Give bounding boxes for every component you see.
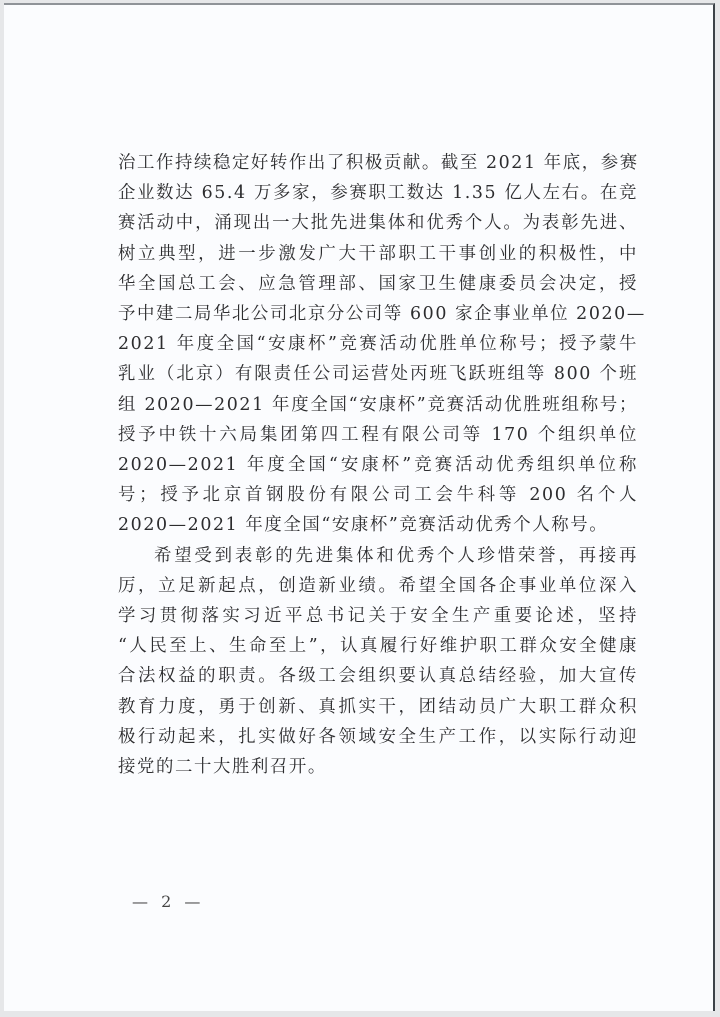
text-line: 2020—2021 年度全国“安康杯”竞赛活动优秀个人称号。 [118,510,638,540]
text-line: 乳业（北京）有限责任公司运营处丙班飞跃班组等 800 个班 [118,359,638,389]
text-line: 治工作持续稳定好转作出了积极贡献。截至 2021 年底，参赛 [118,148,638,178]
text-line: 授予中铁十六局集团第四工程有限公司等 170 个组织单位 [118,420,638,450]
text-line: 予中建二局华北公司北京分公司等 600 家企事业单位 2020— [118,299,638,329]
text-line: 2021 年度全国“安康杯”竞赛活动优胜单位称号；授予蒙牛 [118,329,638,359]
text-line: 赛活动中，涌现出一大批先进集体和优秀个人。为表彰先进、 [118,208,638,238]
text-line: 企业数达 65.4 万多家，参赛职工数达 1.35 亿人左右。在竞 [118,178,638,208]
text-line: 华全国总工会、应急管理部、国家卫生健康委员会决定，授 [118,269,638,299]
page-number: — 2 — [132,892,204,911]
text-line: 2020—2021 年度全国“安康杯”竞赛活动优秀组织单位称 [118,450,638,480]
text-line: 号；授予北京首钢股份有限公司工会牛科等 200 名个人 [118,480,638,510]
text-line: 极行动起来，扎实做好各领域安全生产工作，以实际行动迎 [118,722,638,752]
text-line: 合法权益的职责。各级工会组织要认真总结经验，加大宣传 [118,661,638,691]
text-line: 厉，立足新起点，创造新业绩。希望全国各企事业单位深入 [118,571,638,601]
paragraph-1: 治工作持续稳定好转作出了积极贡献。截至 2021 年底，参赛 企业数达 65.4… [118,148,638,541]
text-line: 接党的二十大胜利召开。 [118,752,638,782]
text-line: 希望受到表彰的先进集体和优秀个人珍惜荣誉，再接再 [118,541,638,571]
text-line: 树立典型，进一步激发广大干部职工干事创业的积极性，中 [118,239,638,269]
paragraph-2: 希望受到表彰的先进集体和优秀个人珍惜荣誉，再接再 厉，立足新起点，创造新业绩。希… [118,541,638,783]
body-text: 治工作持续稳定好转作出了积极贡献。截至 2021 年底，参赛 企业数达 65.4… [118,148,638,782]
text-line: “人民至上、生命至上”，认真履行好维护职工群众安全健康 [118,631,638,661]
document-page: 治工作持续稳定好转作出了积极贡献。截至 2021 年底，参赛 企业数达 65.4… [4,3,715,1011]
text-line: 教育力度，勇于创新、真抓实干，团结动员广大职工群众积 [118,692,638,722]
text-line: 学习贯彻落实习近平总书记关于安全生产重要论述，坚持 [118,601,638,631]
text-line: 组 2020—2021 年度全国“安康杯”竞赛活动优胜班组称号； [118,390,638,420]
